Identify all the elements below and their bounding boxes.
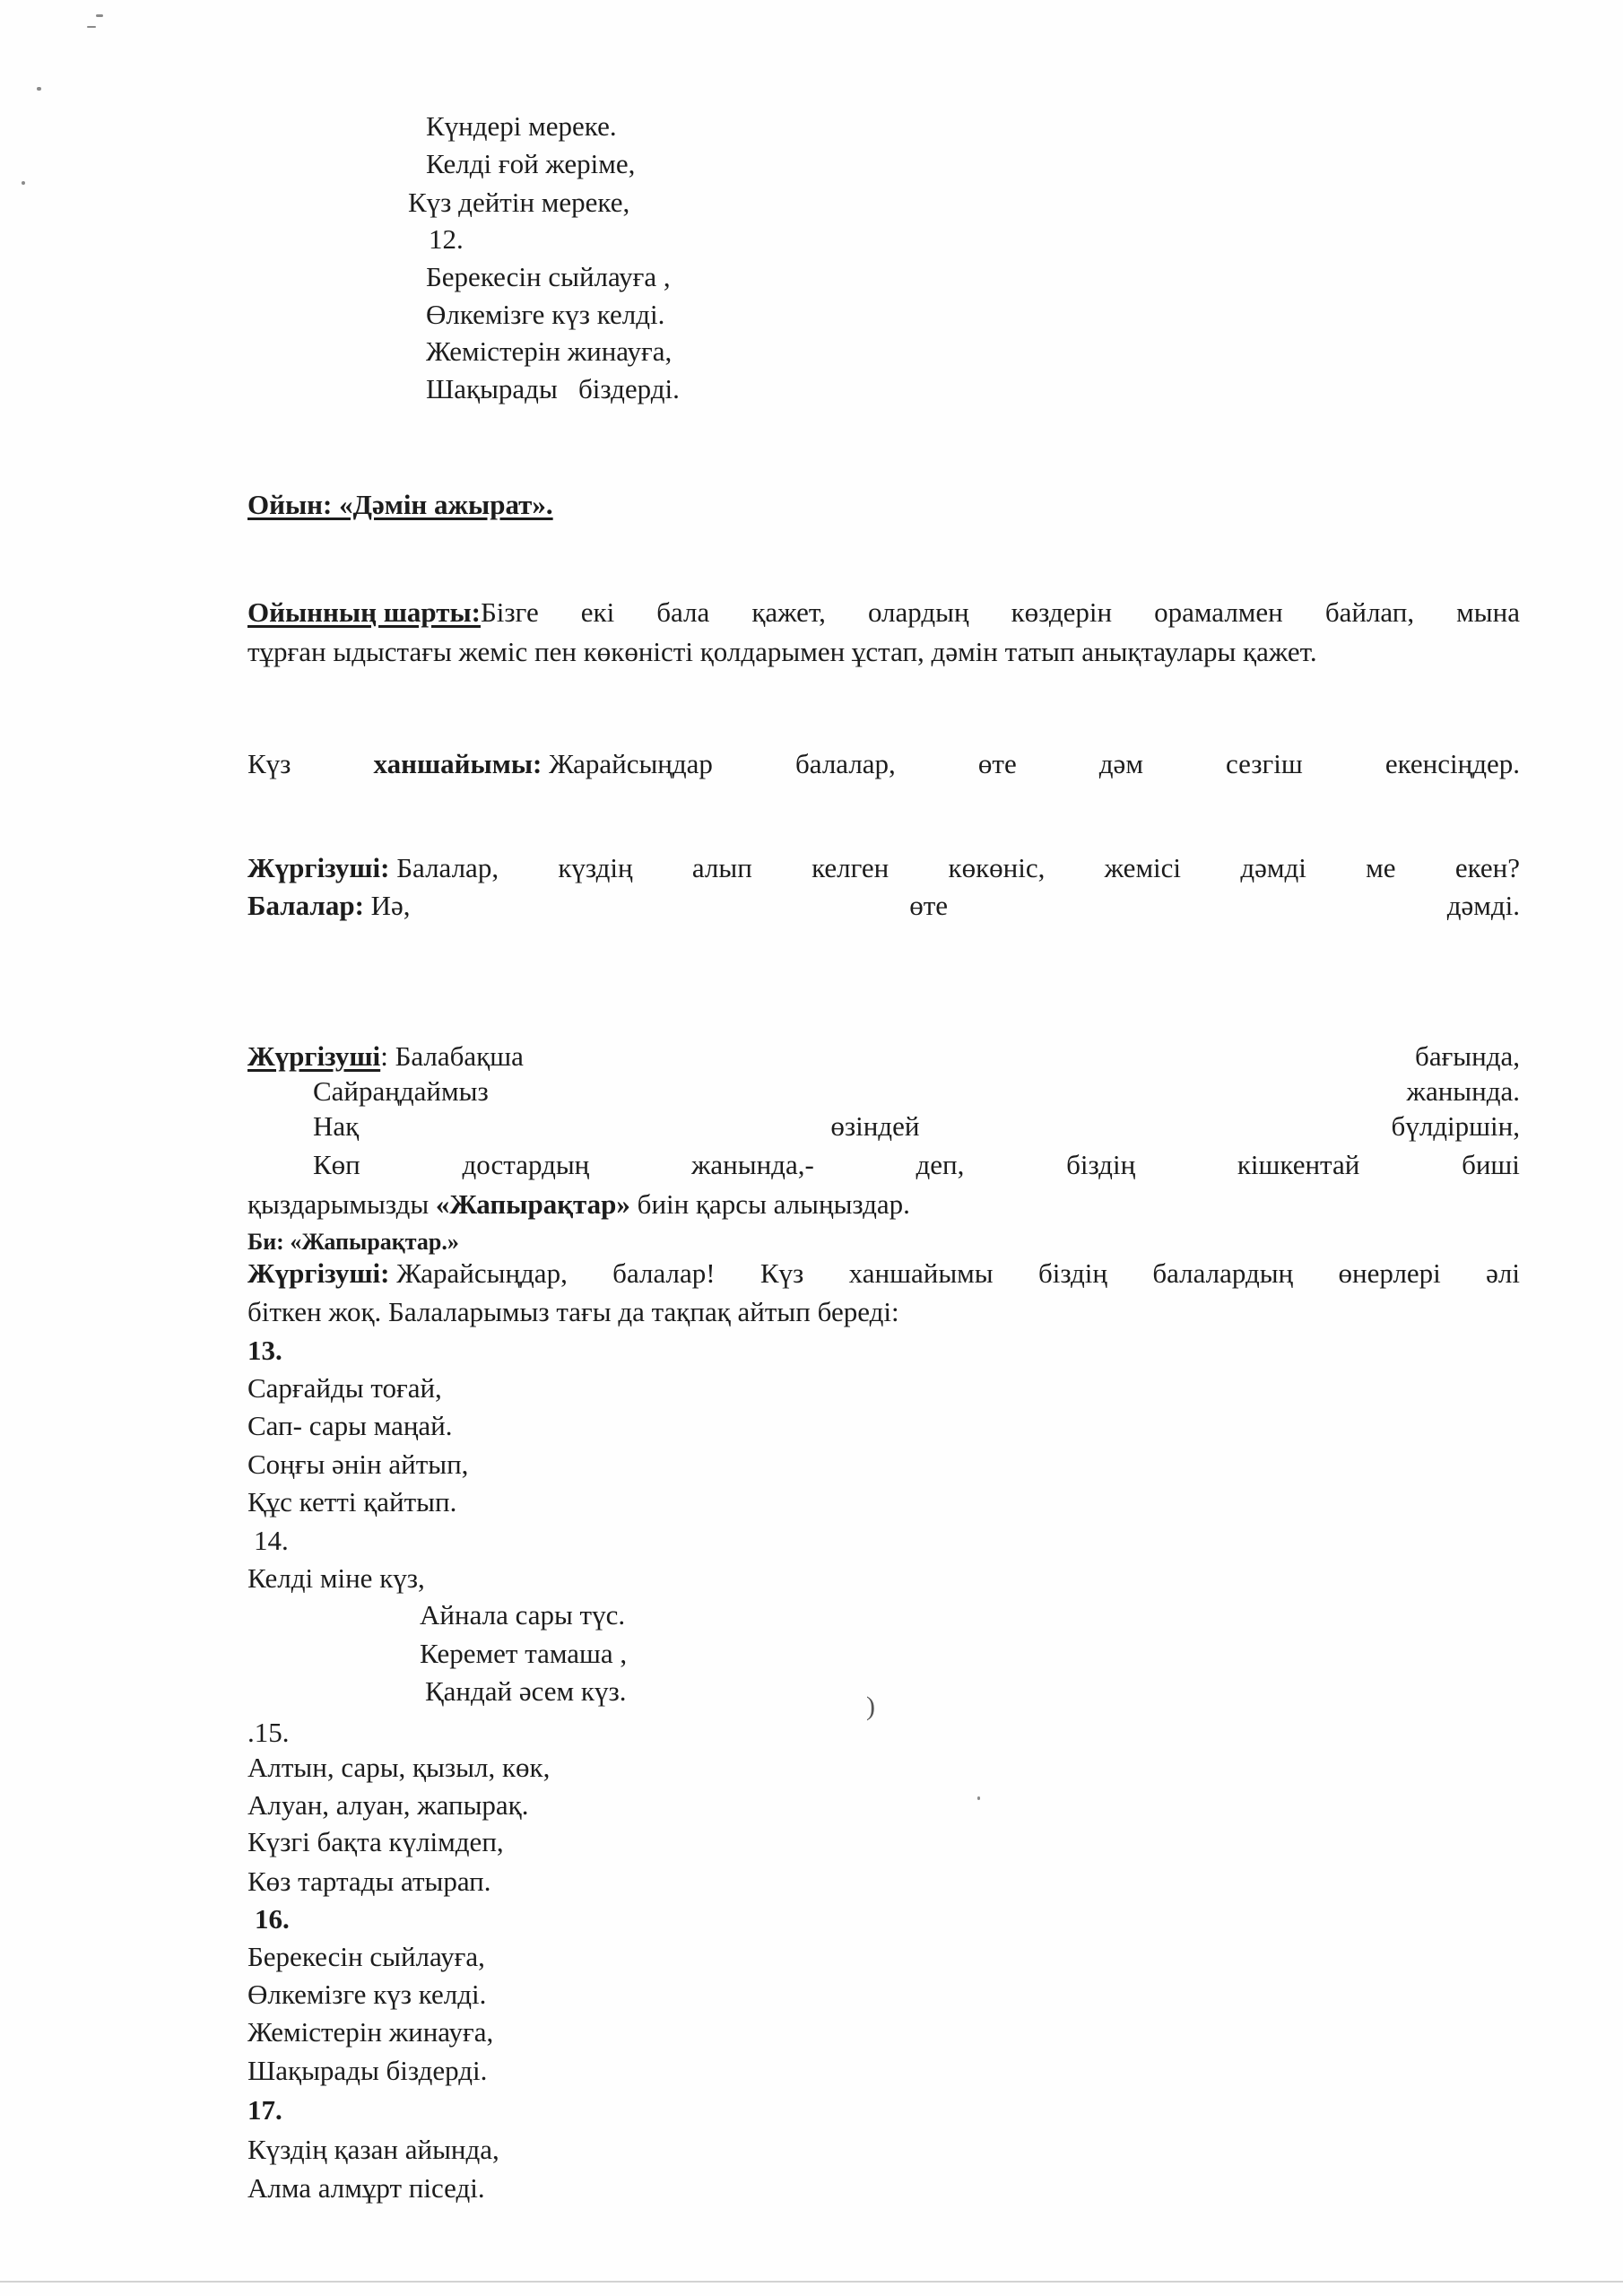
host-word: күздің: [558, 852, 632, 884]
host2-word: Сайраңдаймыз: [313, 1075, 489, 1108]
children-reply: Балалар: Иә, өте дәмді.: [247, 890, 1520, 922]
host-word: келген: [811, 852, 889, 884]
scan-speck: [22, 181, 25, 185]
verse-line: Сап- сары маңай.: [247, 1410, 453, 1442]
rules-word: олардың: [868, 596, 969, 629]
host3-word: балалар!: [612, 1257, 715, 1290]
host2-line-3: Нақ өзіндей бүлдіршін,: [313, 1110, 1520, 1143]
dance-label: Би: «Жапырақтар.»: [247, 1226, 459, 1258]
verse-line: Қандай әсем күз.: [425, 1675, 626, 1708]
host-word: ме: [1366, 852, 1395, 884]
host2-speaker-and-first: Жүргізуші: Балабақша: [247, 1040, 524, 1073]
host2-text: биін қарсы алыңыздар.: [630, 1188, 910, 1220]
verse-line: Шақырады біздерді.: [247, 2055, 487, 2087]
verse-line: Көз тартады атырап.: [247, 1865, 491, 1898]
queen-speaker-and-first: ханшайымы: Жарайсыңдар: [374, 748, 713, 780]
reply-word: өте: [909, 890, 948, 922]
host-speaker: Жүргізуші:: [247, 852, 390, 883]
verse-number: 12.: [429, 223, 464, 256]
verse-line: Берекесін сыйлауға,: [247, 1941, 485, 1973]
rules-word: қажет,: [751, 596, 826, 629]
host2-word: біздің: [1066, 1149, 1135, 1181]
host2-line-5: қыздарымызды «Жапырақтар» биін қарсы алы…: [247, 1188, 910, 1221]
poem-line: Келді ғой жеріме,: [426, 148, 635, 180]
host-word: Балалар,: [396, 852, 499, 883]
reply-word: дәмді.: [1447, 890, 1520, 922]
host2-word: кішкентай: [1237, 1149, 1359, 1181]
host3-line-1: Жүргізуші: Жарайсыңдар, балалар! Күз хан…: [247, 1257, 1520, 1290]
queen-word: өте: [978, 748, 1017, 780]
host-word: жемісі: [1105, 852, 1181, 884]
host2-word: жанында.: [1407, 1075, 1520, 1108]
scan-speck: [96, 14, 103, 17]
verse-line: Соңғы әнін айтып,: [247, 1448, 468, 1481]
host-line-1: Жүргізуші: Балалар, күздің алып келген к…: [247, 852, 1520, 884]
verse-number: .15.: [247, 1717, 290, 1749]
verse-number: 17.: [247, 2094, 282, 2126]
host2-line-4: Көп достардың жанында,- деп, біздің кішк…: [313, 1149, 1520, 1181]
stray-pen-mark: ): [866, 1692, 875, 1722]
host2-line-1: Жүргізуші: Балабақша бағында,: [247, 1040, 1520, 1073]
rules-label: Ойынның шарты:: [247, 596, 481, 628]
poem-line: Жемістерін жинауға,: [426, 335, 672, 368]
colon: :: [380, 1040, 388, 1072]
scan-speck: [977, 1796, 980, 1800]
verse-number: 14.: [254, 1525, 289, 1557]
verse-line: Алтын, сары, қызыл, көк,: [247, 1752, 550, 1784]
queen-word: балалар,: [795, 748, 896, 780]
rules-word: екі: [581, 596, 614, 629]
host-word: екен?: [1455, 852, 1520, 884]
host2-word: Балабақша: [395, 1040, 524, 1072]
game-title: Ойын: «Дәмін ажырат».: [247, 489, 553, 521]
host-speaker-and-first: Жүргізуші: Балалар,: [247, 852, 499, 884]
host2-word: биші: [1462, 1149, 1520, 1181]
rules-label-and-first: Ойынның шарты:Бізге: [247, 596, 539, 629]
poem-line: Берекесін сыйлауға ,: [426, 261, 671, 293]
children-speaker-and-first: Балалар: Иә,: [247, 890, 411, 922]
host2-word: бүлдіршін,: [1392, 1110, 1520, 1143]
rules-word: көздерін: [1011, 596, 1112, 629]
host-word: көкөніс,: [949, 852, 1046, 884]
host3-word: біздің: [1038, 1257, 1107, 1290]
host2-word: достардың: [463, 1149, 590, 1181]
host3-line-2: біткен жоқ. Балаларымыз тағы да тақпақ а…: [247, 1296, 899, 1328]
host3-word: балалардың: [1152, 1257, 1293, 1290]
queen-word: Жарайсыңдар: [549, 748, 713, 779]
verse-number: 13.: [247, 1335, 282, 1367]
verse-line: Күздің қазан айында,: [247, 2134, 499, 2166]
host3-word: әлі: [1486, 1257, 1520, 1290]
host3-word: ханшайымы: [849, 1257, 994, 1290]
game-rules-line-1: Ойынның шарты:Бізге екі бала қажет, олар…: [247, 596, 1520, 629]
queen-word: дәм: [1099, 748, 1143, 780]
host2-text: қыздарымызды: [247, 1188, 429, 1220]
host-word: дәмді: [1240, 852, 1306, 884]
verse-line: Алуан, алуан, жапырақ.: [247, 1789, 529, 1822]
verse-line: Жемістерін жинауға,: [247, 2016, 493, 2048]
poem-line: Күндері мереке.: [426, 110, 617, 143]
queen-word: екенсіңдер.: [1385, 748, 1520, 780]
host2-speaker: Жүргізуші: [247, 1040, 380, 1072]
host3-word: Күз: [760, 1257, 803, 1290]
verse-line: Құс кетті қайтып.: [247, 1486, 456, 1518]
host3-speaker: Жүргізуші:: [247, 1257, 390, 1289]
host2-word: Көп: [313, 1149, 360, 1181]
host2-word: бағында,: [1415, 1040, 1520, 1073]
verse-line: Алма алмұрт піседі.: [247, 2172, 485, 2205]
verse-line: Келді міне күз,: [247, 1562, 425, 1595]
dance-name: «Жапырақтар»: [436, 1188, 630, 1220]
host2-word: өзіндей: [830, 1110, 919, 1143]
children-speaker: Балалар:: [247, 890, 364, 921]
verse-line: Айнала сары түс.: [420, 1599, 625, 1631]
host2-line-2: Сайраңдаймыз жанында.: [313, 1075, 1520, 1108]
queen-speaker-first: Күз: [247, 748, 291, 780]
scan-speck: [37, 87, 41, 91]
verse-line: Күзгі бақта күлімдеп,: [247, 1826, 504, 1858]
verse-line: Керемет тамаша ,: [420, 1638, 627, 1670]
host2-word: Нақ: [313, 1110, 359, 1143]
verse-number: 16.: [255, 1903, 290, 1935]
verse-line: Өлкемізге күз келді.: [247, 1979, 486, 2011]
rules-word: байлап,: [1325, 596, 1414, 629]
poem-line: Өлкемізге күз келді.: [426, 299, 664, 331]
host2-word: деп,: [916, 1149, 965, 1181]
queen-line: Күз ханшайымы: Жарайсыңдар балалар, өте …: [247, 748, 1520, 780]
poem-line: Күз дейтін мереке,: [408, 187, 629, 219]
scanned-page: Күндері мереке. Келді ғой жеріме, Күз де…: [0, 0, 1623, 2296]
poem-line: Шақырады біздерді.: [426, 373, 680, 405]
scan-speck: [87, 26, 96, 28]
host3-word: Жарайсыңдар,: [396, 1257, 568, 1289]
queen-word: сезгіш: [1226, 748, 1303, 780]
queen-speaker-second: ханшайымы:: [374, 748, 542, 779]
rules-word: бала: [656, 596, 709, 629]
scan-edge-line: [0, 2281, 1623, 2283]
host-word: алып: [692, 852, 752, 884]
rules-word: мына: [1456, 596, 1520, 629]
rules-word: орамалмен: [1154, 596, 1283, 629]
host3-speaker-and-first: Жүргізуші: Жарайсыңдар,: [247, 1257, 568, 1290]
host2-word: жанында,-: [691, 1149, 814, 1181]
game-rules-line-2: тұрған ыдыстағы жеміс пен көкөністі қолд…: [247, 636, 1317, 668]
rules-word: Бізге: [481, 596, 539, 628]
host3-word: өнерлері: [1339, 1257, 1441, 1290]
reply-word: Иә,: [371, 890, 411, 921]
verse-line: Сарғайды тоғай,: [247, 1372, 442, 1405]
